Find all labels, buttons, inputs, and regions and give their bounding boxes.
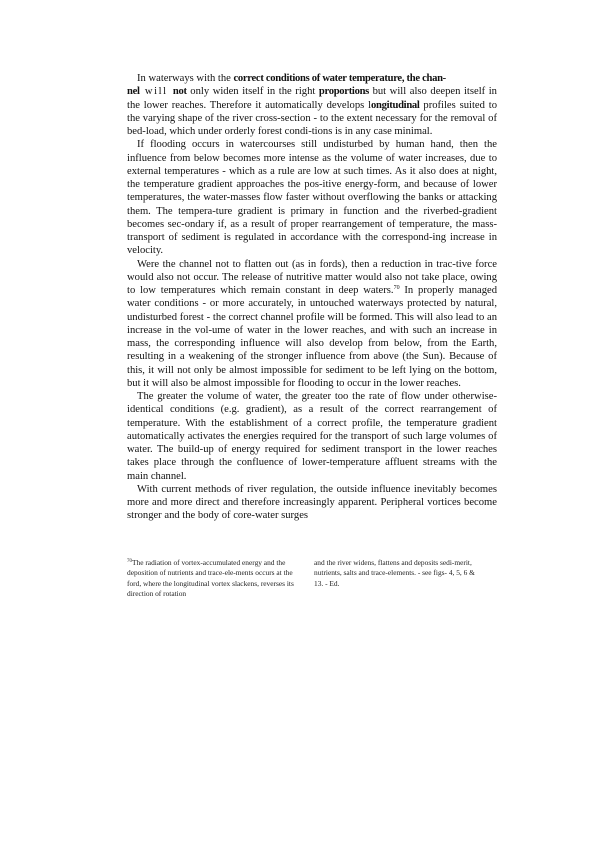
text-run: In waterways with the xyxy=(137,73,234,84)
spaced-word: will xyxy=(140,86,173,97)
paragraph-2: If flooding occurs in watercourses still… xyxy=(127,138,497,257)
bold-word: proportions xyxy=(319,86,369,97)
bold-word: ongitudinal xyxy=(371,100,420,111)
document-page: In waterways with the correct conditions… xyxy=(0,0,595,842)
paragraph-4: The greater the volume of water, the gre… xyxy=(127,390,497,483)
text-run: only widen itself in the right xyxy=(187,86,319,97)
body-text: In waterways with the correct conditions… xyxy=(127,72,497,523)
bold-phrase: correct conditions of water temperature,… xyxy=(234,73,446,84)
footnote-text: The radiation of vortex-accumulated ener… xyxy=(127,558,294,598)
paragraph-5: With current methods of river regulation… xyxy=(127,483,497,523)
text-run: In properly managed water conditions - o… xyxy=(127,285,497,389)
footnote-left-column: 70The radiation of vortex-accumulated en… xyxy=(127,558,303,599)
bold-word: nel xyxy=(127,86,140,97)
bold-word: not xyxy=(173,86,187,97)
paragraph-1: In waterways with the correct conditions… xyxy=(127,72,497,138)
footnote-right-column: and the river widens, flattens and depos… xyxy=(314,558,484,589)
paragraph-3: Were the channel not to flatten out (as … xyxy=(127,258,497,391)
